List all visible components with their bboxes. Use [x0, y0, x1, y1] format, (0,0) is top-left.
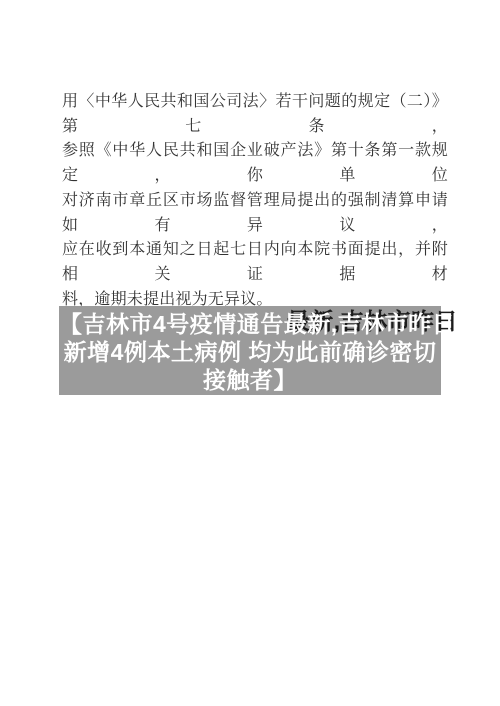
notice-line-2: 参照《中华人民共和国企业破产法》第十条第一款规定，你单位 [62, 139, 448, 188]
headline-line-3: 接触者】 [59, 366, 441, 394]
headline-line1-overlapped: 最新,吉林市昨日 [284, 311, 455, 337]
headline-line1-leading: 【吉林市4号疫情通告 [59, 311, 284, 337]
notice-line-4: 应在收到本通知之日起七日内向本院书面提出，并附相关证据材 [62, 238, 448, 287]
headline-line-2: 新增4例本土病例 均为此前确诊密切 [59, 338, 441, 366]
notice-line-1: 用〈中华人民共和国公司法〉若干问题的规定（二）》第七条， [62, 90, 448, 139]
notice-line-3: 对济南市章丘区市场监督管理局提出的强制清算申请如有异议， [62, 189, 448, 238]
headline-banner[interactable]: 【吉林市4号疫情通告最新,吉林市昨日 新增4例本土病例 均为此前确诊密切 接触者… [59, 306, 441, 395]
headline-line-1: 【吉林市4号疫情通告最新,吉林市昨日 [59, 310, 441, 338]
notice-page: 用〈中华人民共和国公司法〉若干问题的规定（二）》第七条， 参照《中华人民共和国企… [0, 0, 500, 706]
